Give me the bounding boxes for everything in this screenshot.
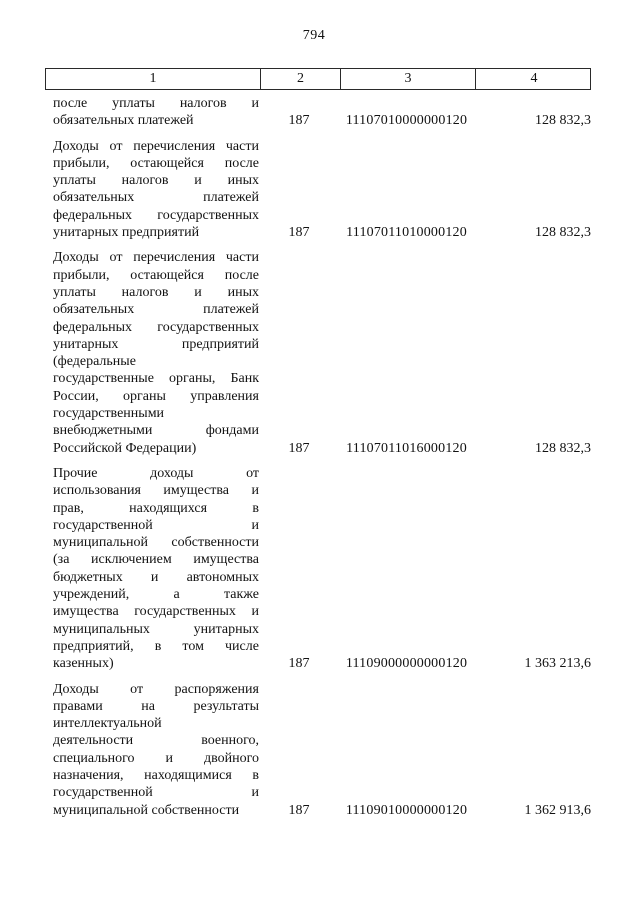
revenue-name-line: предприятий,втомчисле: [53, 638, 259, 655]
revenue-name-line: государственныеорганы,Банк: [53, 370, 259, 387]
chief-administrator-code-cell: 187: [259, 440, 339, 457]
revenue-name-line: Российской Федерации): [53, 440, 259, 457]
amount-cell: 128 832,3: [474, 112, 591, 129]
revenue-name-line: унитарныхпредприятий: [53, 336, 259, 353]
amount-cell: 1 362 913,6: [474, 802, 591, 819]
revenue-name-line: праваминарезультаты: [53, 698, 259, 715]
table-row: Доходыотраспоряженияправаминарезультатыи…: [45, 681, 591, 819]
revenue-name-cell: Доходыотперечислениячастиприбыли,остающе…: [45, 249, 259, 457]
revenue-name-line: назначения,находящимисяв: [53, 767, 259, 784]
revenue-name-line: Доходыотперечислениячасти: [53, 249, 259, 266]
column-header-2: 2: [260, 69, 340, 89]
revenue-name-line: прав,находящихсяв: [53, 500, 259, 517]
chief-administrator-code-cell: 187: [259, 112, 339, 129]
table-row: послеуплатыналоговиобязательных платежей…: [45, 95, 591, 130]
revenue-name-line: государственными: [53, 405, 259, 422]
revenue-name-line: муниципальной собственности: [53, 802, 259, 819]
revenue-name-line: уплатыналоговииных: [53, 284, 259, 301]
revenue-name-line: унитарных предприятий: [53, 224, 259, 241]
budget-classification-code-cell: 11107011016000120: [339, 440, 474, 457]
revenue-name-cell: Доходыотперечислениячастиприбыли,остающе…: [45, 138, 259, 242]
revenue-name-line: имуществагосударственныхи: [53, 603, 259, 620]
table-body: послеуплатыналоговиобязательных платежей…: [45, 90, 591, 819]
revenue-name-line: государственнойи: [53, 784, 259, 801]
revenue-name-line: Прочиедоходыот: [53, 465, 259, 482]
amount-cell: 1 363 213,6: [474, 655, 591, 672]
column-header-1: 1: [46, 69, 260, 89]
revenue-name-line: Доходыотперечислениячасти: [53, 138, 259, 155]
revenue-name-line: федеральныхгосударственных: [53, 207, 259, 224]
table-header-row: 1 2 3 4: [45, 68, 591, 90]
revenue-name-line: специальногоидвойного: [53, 750, 259, 767]
revenue-name-line: прибыли,остающейсяпосле: [53, 267, 259, 284]
revenue-name-line: учреждений,атакже: [53, 586, 259, 603]
chief-administrator-code-cell: 187: [259, 802, 339, 819]
chief-administrator-code-cell: 187: [259, 655, 339, 672]
revenue-name-line: муниципальнойсобственности: [53, 534, 259, 551]
budget-revenue-table: 1 2 3 4 послеуплатыналоговиобязательных …: [45, 68, 591, 827]
revenue-name-line: государственнойи: [53, 517, 259, 534]
budget-classification-code-cell: 11109010000000120: [339, 802, 474, 819]
revenue-name-line: казенных): [53, 655, 259, 672]
revenue-name-line: прибыли,остающейсяпосле: [53, 155, 259, 172]
revenue-name-line: (заисключениемимущества: [53, 551, 259, 568]
revenue-name-line: (федеральные: [53, 353, 259, 370]
revenue-name-line: уплатыналоговииных: [53, 172, 259, 189]
revenue-name-cell: Доходыотраспоряженияправаминарезультатыи…: [45, 681, 259, 819]
revenue-name-line: федеральныхгосударственных: [53, 319, 259, 336]
revenue-name-line: использованияимуществаи: [53, 482, 259, 499]
page-number: 794: [0, 28, 628, 44]
column-header-3: 3: [340, 69, 475, 89]
column-header-4: 4: [475, 69, 592, 89]
revenue-name-line: муниципальныхунитарных: [53, 621, 259, 638]
amount-cell: 128 832,3: [474, 224, 591, 241]
revenue-name-line: деятельностивоенного,: [53, 732, 259, 749]
budget-classification-code-cell: 11107011010000120: [339, 224, 474, 241]
budget-classification-code-cell: 11109000000000120: [339, 655, 474, 672]
chief-administrator-code-cell: 187: [259, 224, 339, 241]
revenue-name-line: обязательныхплатежей: [53, 189, 259, 206]
revenue-name-line: послеуплатыналогови: [53, 95, 259, 112]
revenue-name-line: обязательныхплатежей: [53, 301, 259, 318]
revenue-name-line: Доходыотраспоряжения: [53, 681, 259, 698]
revenue-name-line: интеллектуальной: [53, 715, 259, 732]
revenue-name-cell: послеуплатыналоговиобязательных платежей: [45, 95, 259, 130]
table-row: Доходыотперечислениячастиприбыли,остающе…: [45, 138, 591, 242]
revenue-name-cell: Прочиедоходыотиспользованияимуществаипра…: [45, 465, 259, 673]
revenue-name-line: внебюджетнымифондами: [53, 422, 259, 439]
table-row: Доходыотперечислениячастиприбыли,остающе…: [45, 249, 591, 457]
budget-classification-code-cell: 11107010000000120: [339, 112, 474, 129]
revenue-name-line: обязательных платежей: [53, 112, 259, 129]
revenue-name-line: бюджетныхиавтономных: [53, 569, 259, 586]
amount-cell: 128 832,3: [474, 440, 591, 457]
table-row: Прочиедоходыотиспользованияимуществаипра…: [45, 465, 591, 673]
revenue-name-line: России,органыуправления: [53, 388, 259, 405]
